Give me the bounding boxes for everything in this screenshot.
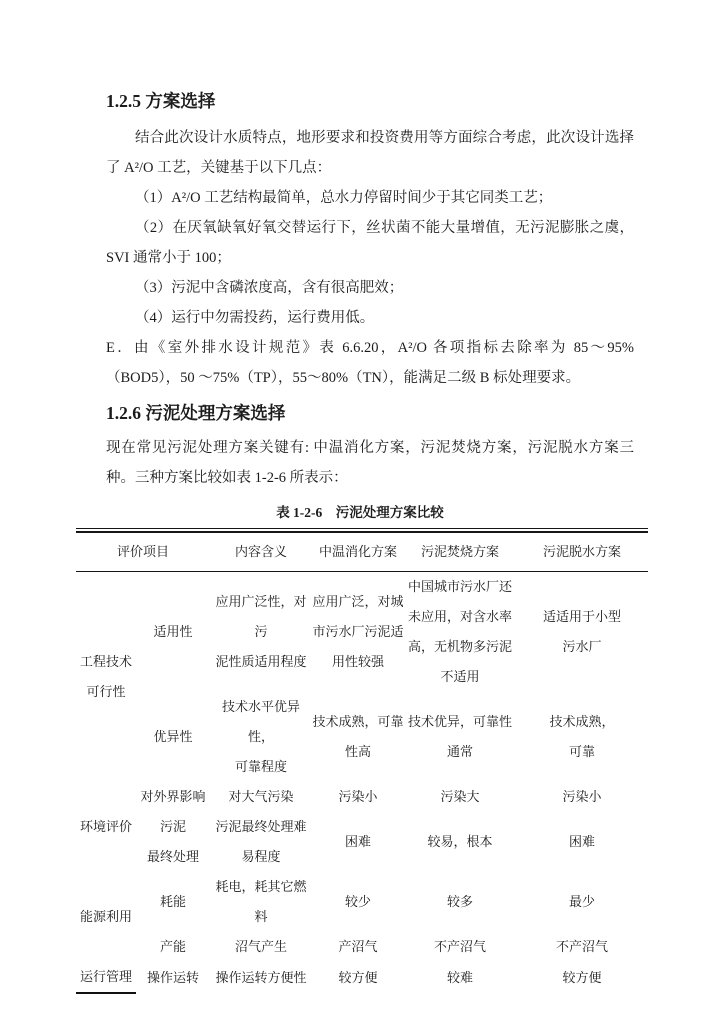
digestion-cell: 产沼气 [312, 932, 404, 962]
dewatering-cell: 困难 [516, 812, 648, 872]
point-1: （1）A²/O 工艺结构最简单，总水力停留时间少于其它同类工艺； [106, 183, 634, 213]
intro-paragraph-1-2-5: 结合此次设计水质特点，地形要求和投资费用等方面综合考虑，此次设计选择了 A²/O… [106, 123, 634, 183]
incineration-cell: 污染大 [404, 782, 516, 812]
table-row: 工程技术 可行性 适用性 应用广泛性，对污 泥性质适用程度 应用广泛，对城 市污… [76, 572, 648, 693]
category-cell-engineering: 工程技术 可行性 [76, 572, 136, 783]
point-3: （3）污泥中含磷浓度高，含有很高肥效； [106, 273, 634, 303]
table-header-row: 评价项目 内容含义 中温消化方案 污泥焚烧方案 污泥脱水方案 [76, 532, 648, 572]
digestion-cell: 技术成熟，可靠 性高 [312, 692, 404, 782]
col-header-digestion: 中温消化方案 [312, 532, 404, 572]
table-row: 污泥 最终处理 污泥最终处理难 易程度 困难 较易，根本 困难 [76, 812, 648, 872]
table-row: 运行管理 操作运转 操作运转方便性 较方便 较难 较方便 [76, 962, 648, 993]
incineration-cell: 技术优异，可靠性 通常 [404, 692, 516, 782]
meaning-cell: 技术水平优异性， 可靠程度 [210, 692, 312, 782]
meaning-cell: 沼气产生 [210, 932, 312, 962]
digestion-cell: 较少 [312, 872, 404, 932]
dewatering-cell: 适适用于小型 污水厂 [516, 572, 648, 693]
digestion-cell: 较方便 [312, 962, 404, 993]
table-row: 优异性 技术水平优异性， 可靠程度 技术成熟，可靠 性高 技术优异，可靠性 通常… [76, 692, 648, 782]
table-row: 产能 沼气产生 产沼气 不产沼气 不产沼气 [76, 932, 648, 962]
meaning-cell: 应用广泛性，对污 泥性质适用程度 [210, 572, 312, 693]
incineration-cell: 较难 [404, 962, 516, 993]
document-page: 1.2.5 方案选择 结合此次设计水质特点，地形要求和投资费用等方面综合考虑，此… [0, 0, 720, 1018]
comparison-table-wrapper: 评价项目 内容含义 中温消化方案 污泥焚烧方案 污泥脱水方案 工程技术 可行性 … [76, 528, 648, 994]
section-1-2-6: 1.2.6 污泥处理方案选择 现在常见污泥处理方案关键有: 中温消化方案，污泥焚… [106, 400, 634, 493]
meaning-cell: 污泥最终处理难 易程度 [210, 812, 312, 872]
col-header-incineration: 污泥焚烧方案 [404, 532, 516, 572]
digestion-cell: 污染小 [312, 782, 404, 812]
meaning-cell: 对大气污染 [210, 782, 312, 812]
section-heading-1-2-6: 1.2.6 污泥处理方案选择 [106, 400, 634, 426]
section-heading-1-2-5: 1.2.5 方案选择 [106, 0, 634, 114]
point-4: （4）运行中勿需投药，运行费用低。 [106, 303, 634, 333]
col-header-dewatering: 污泥脱水方案 [516, 532, 648, 572]
incineration-cell: 较多 [404, 872, 516, 932]
category-cell-operation: 运行管理 [76, 962, 136, 993]
sludge-comparison-table: 评价项目 内容含义 中温消化方案 污泥焚烧方案 污泥脱水方案 工程技术 可行性 … [76, 531, 648, 994]
dewatering-cell: 最少 [516, 872, 648, 932]
table-row: 能源利用 耗能 耗电，耗其它燃料 较少 较多 最少 [76, 872, 648, 932]
dewatering-cell: 较方便 [516, 962, 648, 993]
digestion-cell: 困难 [312, 812, 404, 872]
meaning-cell: 耗电，耗其它燃料 [210, 872, 312, 932]
meaning-cell: 操作运转方便性 [210, 962, 312, 993]
category-cell-environment: 环境评价 [76, 782, 136, 872]
incineration-cell: 不产沼气 [404, 932, 516, 962]
table-caption: 表 1-2-6 污泥处理方案比较 [0, 501, 720, 521]
incineration-cell: 较易，根本 [404, 812, 516, 872]
item-cell: 优异性 [136, 692, 210, 782]
category-cell-energy: 能源利用 [76, 872, 136, 962]
item-cell: 产能 [136, 932, 210, 962]
table-row: 环境评价 对外界影响 对大气污染 污染小 污染大 污染小 [76, 782, 648, 812]
dewatering-cell: 技术成熟， 可靠 [516, 692, 648, 782]
item-cell: 对外界影响 [136, 782, 210, 812]
point-2: （2）在厌氧缺氧好氧交替运行下，丝状菌不能大量增值，无污泥膨胀之虞，SVI 通常… [106, 213, 634, 273]
section-1-2-5: 1.2.5 方案选择 结合此次设计水质特点，地形要求和投资费用等方面综合考虑，此… [106, 0, 634, 393]
digestion-cell: 应用广泛，对城 市污水厂污泥适 用性较强 [312, 572, 404, 693]
item-cell: 耗能 [136, 872, 210, 932]
intro-paragraph-1-2-6: 现在常见污泥处理方案关键有: 中温消化方案，污泥焚烧方案，污泥脱水方案三种。三种… [106, 433, 634, 493]
dewatering-cell: 不产沼气 [516, 932, 648, 962]
col-header-meaning: 内容含义 [210, 532, 312, 572]
item-cell: 操作运转 [136, 962, 210, 993]
dewatering-cell: 污染小 [516, 782, 648, 812]
item-cell: 适用性 [136, 572, 210, 693]
note-paragraph: E．由《室外排水设计规范》表 6.6.20，A²/O 各项指标去除率为 85～9… [106, 333, 634, 393]
incineration-cell: 中国城市污水厂还 未应用，对含水率 高，无机物多污泥 不适用 [404, 572, 516, 693]
col-header-evaluation: 评价项目 [76, 532, 210, 572]
item-cell: 污泥 最终处理 [136, 812, 210, 872]
